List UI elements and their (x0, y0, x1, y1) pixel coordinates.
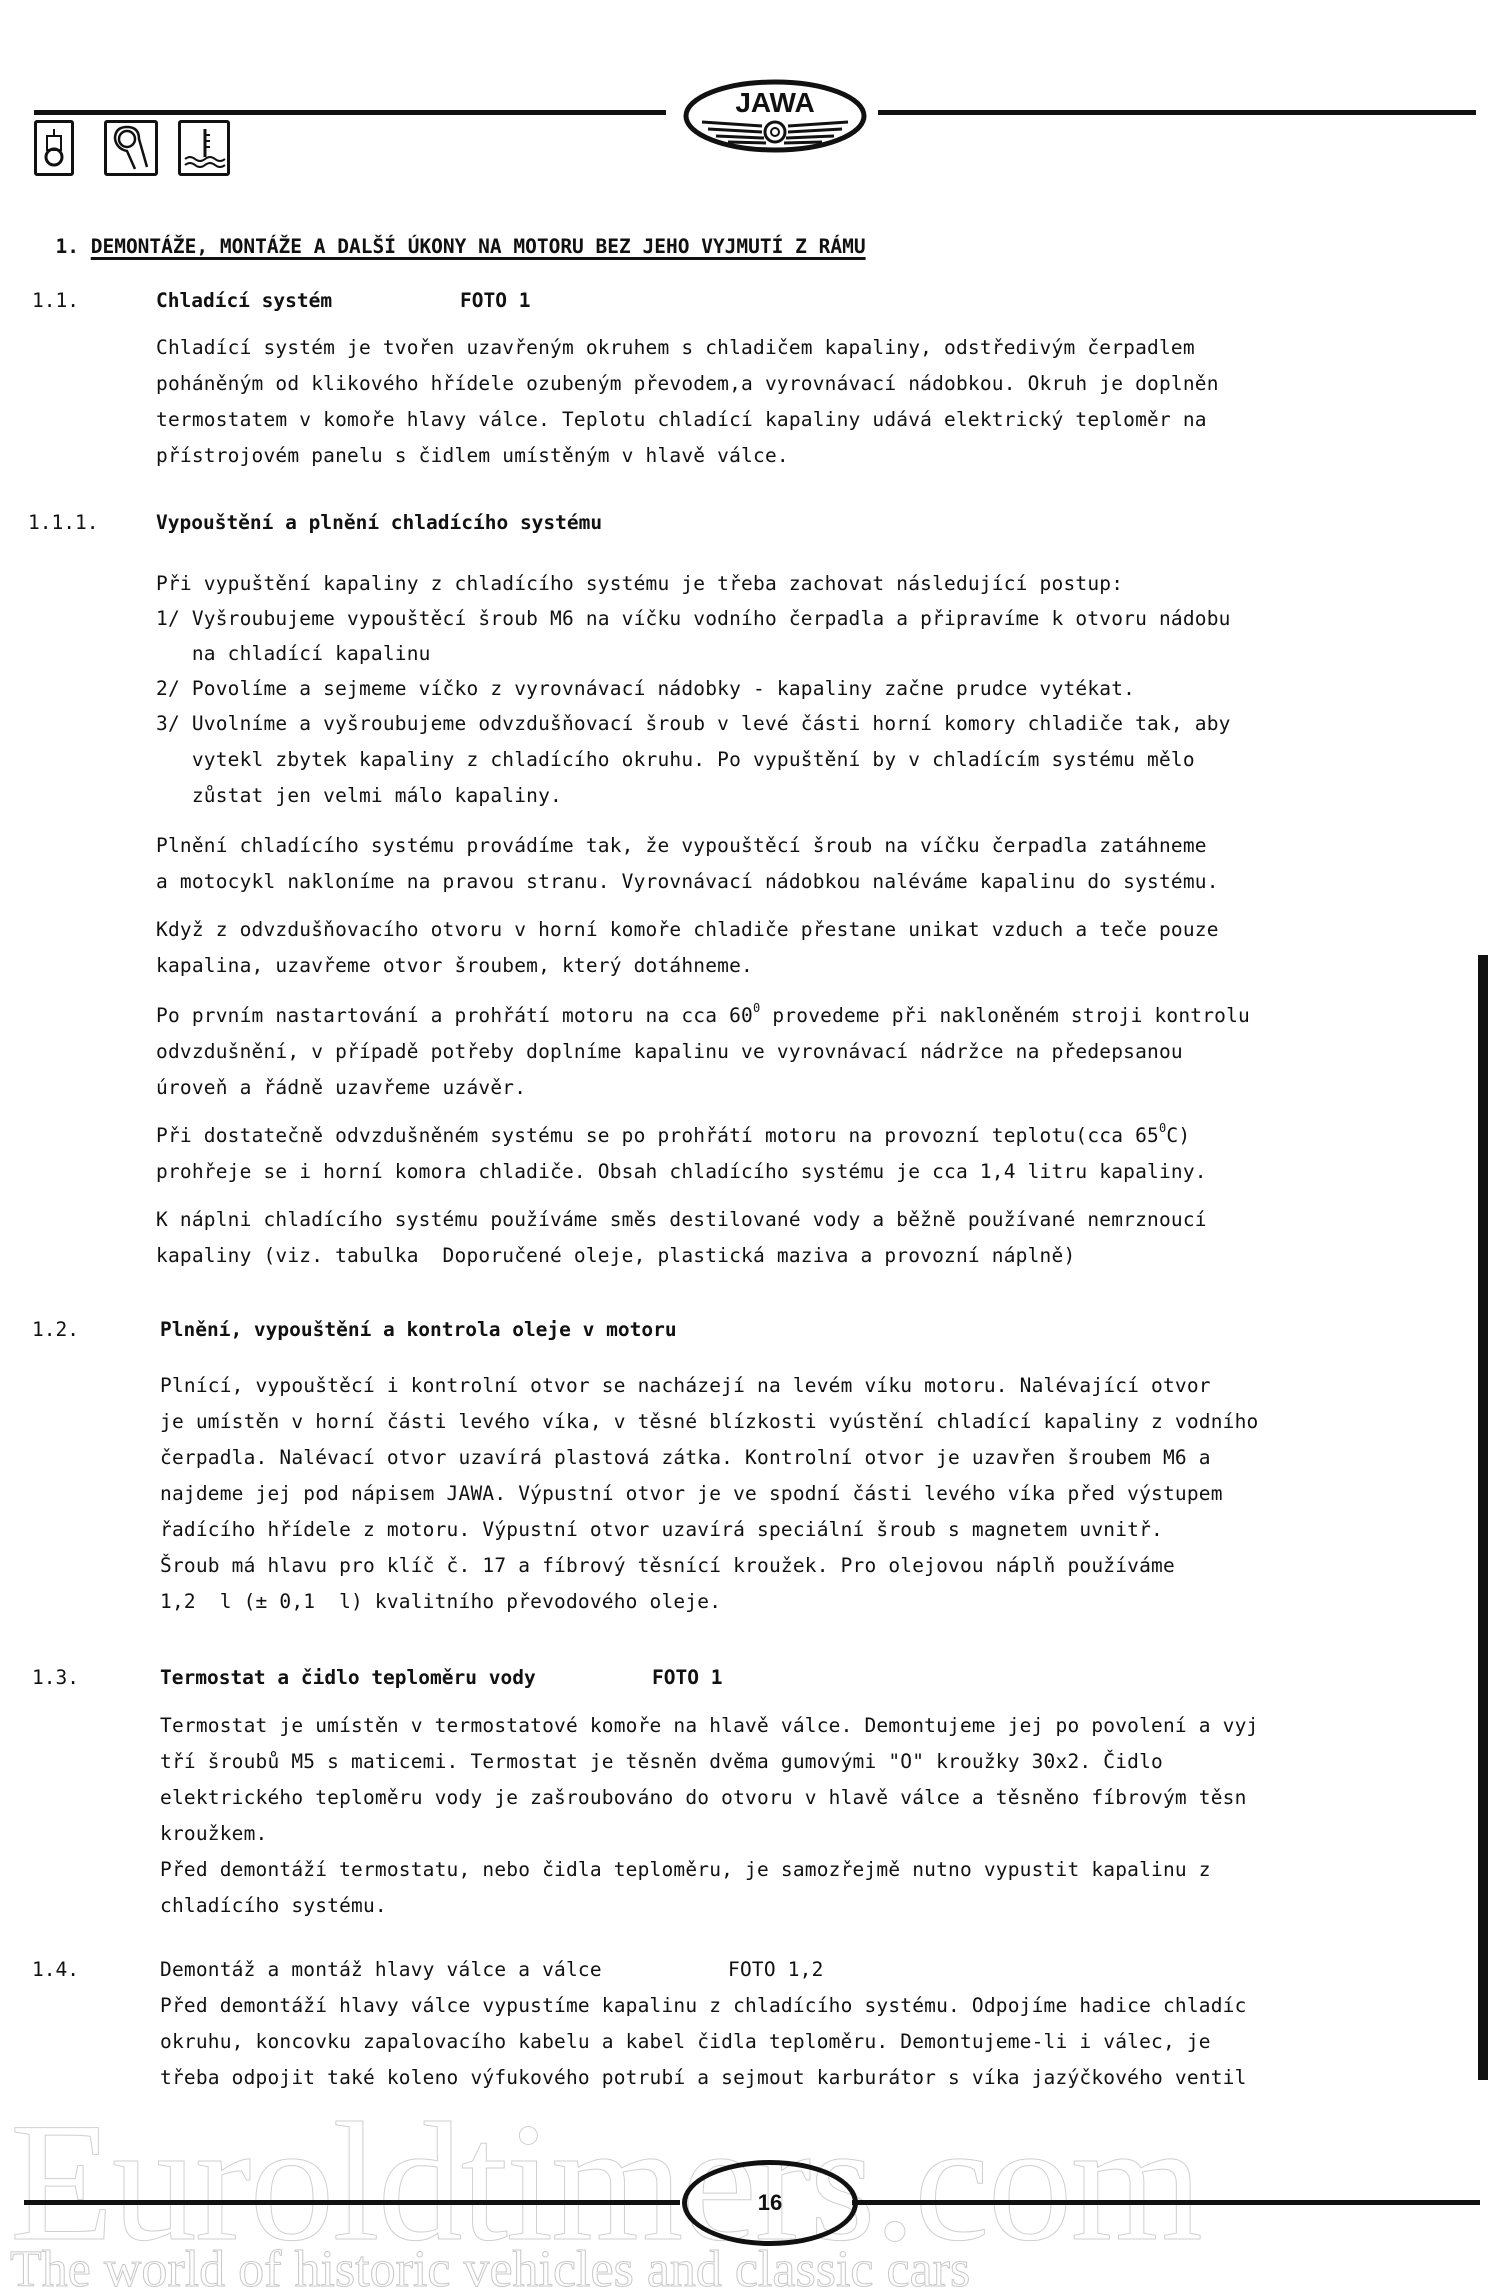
section-number: 1.1.1. (28, 505, 98, 541)
section-foto-ref: FOTO 1 (460, 283, 530, 319)
list-item: na chladící kapalinu (156, 636, 431, 672)
watermark-sub: The world of historic vehicles and class… (10, 2240, 970, 2296)
paragraph-line: Plnící, vypouštěcí i kontrolní otvor se … (160, 1368, 1211, 1404)
paragraph-line: Termostat je umístěn v termostatové komo… (160, 1708, 1258, 1744)
paragraph-line: Po prvním nastartování a prohřátí motoru… (156, 998, 1250, 1034)
paragraph-line: Šroub má hlavu pro klíč č. 17 a fíbrový … (160, 1548, 1175, 1584)
chapter-heading: 1. DEMONTÁŽE, MONTÁŽE A DALŠÍ ÚKONY NA M… (32, 212, 866, 258)
paragraph-line: Při dostatečně odvzdušněném systému se p… (156, 1118, 1190, 1154)
jawa-logo-icon: JAWA (682, 78, 868, 154)
paragraph-line: Když z odvzdušňovacího otvoru v horní ko… (156, 912, 1219, 948)
section-title: Chladící systém (156, 283, 332, 319)
paragraph-line: je umístěn v horní části levého víka, v … (160, 1404, 1258, 1440)
svg-text:JAWA: JAWA (735, 87, 814, 118)
section-number: 1.4. (32, 1952, 79, 1988)
paragraph-line: kroužkem. (160, 1816, 267, 1852)
header-rule-left (34, 110, 666, 115)
paragraph-line: kapalina, uzavřeme otvor šroubem, který … (156, 948, 753, 984)
text-run: C) (1166, 1124, 1190, 1147)
paragraph-line: odvzdušnění, v případě potřeby doplníme … (156, 1034, 1183, 1070)
list-item: 1/ Vyšroubujeme vypouštěcí šroub M6 na v… (156, 601, 1231, 637)
engine-icon (37, 123, 71, 173)
section-foto-ref: FOTO 1,2 (728, 1952, 824, 1988)
scan-edge-bar (1478, 955, 1488, 2080)
list-item: 2/ Povolíme a sejmeme víčko z vyrovnávac… (156, 671, 1135, 707)
header-rule-right (878, 110, 1476, 115)
list-item: zůstat jen velmi málo kapaliny. (156, 778, 562, 814)
paragraph-line: přístrojovém panelu s čidlem umístěným v… (156, 438, 789, 474)
paragraph-line: Při vypuštění kapaliny z chladícího syst… (156, 566, 1123, 602)
paragraph-line: tří šroubů M5 s maticemi. Termostat je t… (160, 1744, 1163, 1780)
section-title: Vypouštění a plnění chladícího systému (156, 505, 602, 541)
paragraph-line: K náplni chladícího systému používáme sm… (156, 1202, 1207, 1238)
paragraph-line: elektrického teploměru vody je zašroubov… (160, 1780, 1247, 1816)
paragraph-line: a motocykl nakloníme na pravou stranu. V… (156, 864, 1219, 900)
list-item: 3/ Uvolníme a vyšroubujeme odvzdušňovací… (156, 706, 1231, 742)
footer-rule-right (852, 2200, 1480, 2205)
paragraph-line: Chladící systém je tvořen uzavřeným okru… (156, 330, 1195, 366)
section-number: 1.3. (32, 1660, 79, 1696)
section-number: 1.2. (32, 1312, 79, 1348)
list-item: vytekl zbytek kapaliny z chladícího okru… (156, 742, 1195, 778)
paragraph-line: řadícího hřídele z motoru. Výpustní otvo… (160, 1512, 1163, 1548)
section-title: Demontáž a montáž hlavy válce a válce (160, 1952, 602, 1988)
text-run: provedeme při nakloněném stroji kontrolu (760, 1004, 1250, 1027)
paragraph-line: Plnění chladícího systému provádíme tak,… (156, 828, 1207, 864)
footer-rule-left (24, 2200, 680, 2205)
engine-icon-box (34, 120, 74, 176)
coolant-temperature-icon (181, 123, 227, 173)
text-run: Po prvním nastartování a prohřátí motoru… (156, 1004, 753, 1027)
paragraph-line: prohřeje se i horní komora chladiče. Obs… (156, 1154, 1207, 1190)
paragraph-line: čerpadla. Nalévací otvor uzavírá plastov… (160, 1440, 1211, 1476)
paragraph-line: termostatem v komoře hlavy válce. Teplot… (156, 402, 1207, 438)
paragraph-line: okruhu, koncovku zapalovacího kabelu a k… (160, 2024, 1211, 2060)
chapter-number: 1. (55, 235, 78, 258)
wrench-icon-box (104, 120, 158, 176)
coolant-temperature-icon-box (178, 120, 230, 176)
paragraph-line: najdeme jej pod nápisem JAWA. Výpustní o… (160, 1476, 1223, 1512)
section-number: 1.1. (32, 283, 79, 319)
jawa-logo: JAWA (682, 78, 868, 154)
page-number: 16 (758, 2190, 782, 2216)
paragraph-line: chladícího systému. (160, 1888, 387, 1924)
paragraph-line: Před demontáží termostatu, nebo čidla te… (160, 1852, 1211, 1888)
paragraph-line: úroveň a řádně uzavřeme uzávěr. (156, 1070, 526, 1106)
paragraph-line: Před demontáží hlavy válce vypustíme kap… (160, 1988, 1247, 2024)
section-title: Termostat a čidlo teploměru vody (160, 1660, 536, 1696)
page-number-badge: 16 (682, 2160, 858, 2246)
section-foto-ref: FOTO 1 (652, 1660, 722, 1696)
chapter-title: DEMONTÁŽE, MONTÁŽE A DALŠÍ ÚKONY NA MOTO… (91, 235, 866, 258)
paragraph-line: 1,2 l (± 0,1 l) kvalitního převodového o… (160, 1584, 721, 1620)
paragraph-line: poháněným od klikového hřídele ozubeným … (156, 366, 1219, 402)
text-run: Při dostatečně odvzdušněném systému se p… (156, 1124, 1159, 1147)
section-title: Plnění, vypouštění a kontrola oleje v mo… (160, 1312, 677, 1348)
paragraph-line: kapaliny (viz. tabulka Doporučené oleje,… (156, 1238, 1075, 1274)
wrench-icon (107, 123, 155, 173)
